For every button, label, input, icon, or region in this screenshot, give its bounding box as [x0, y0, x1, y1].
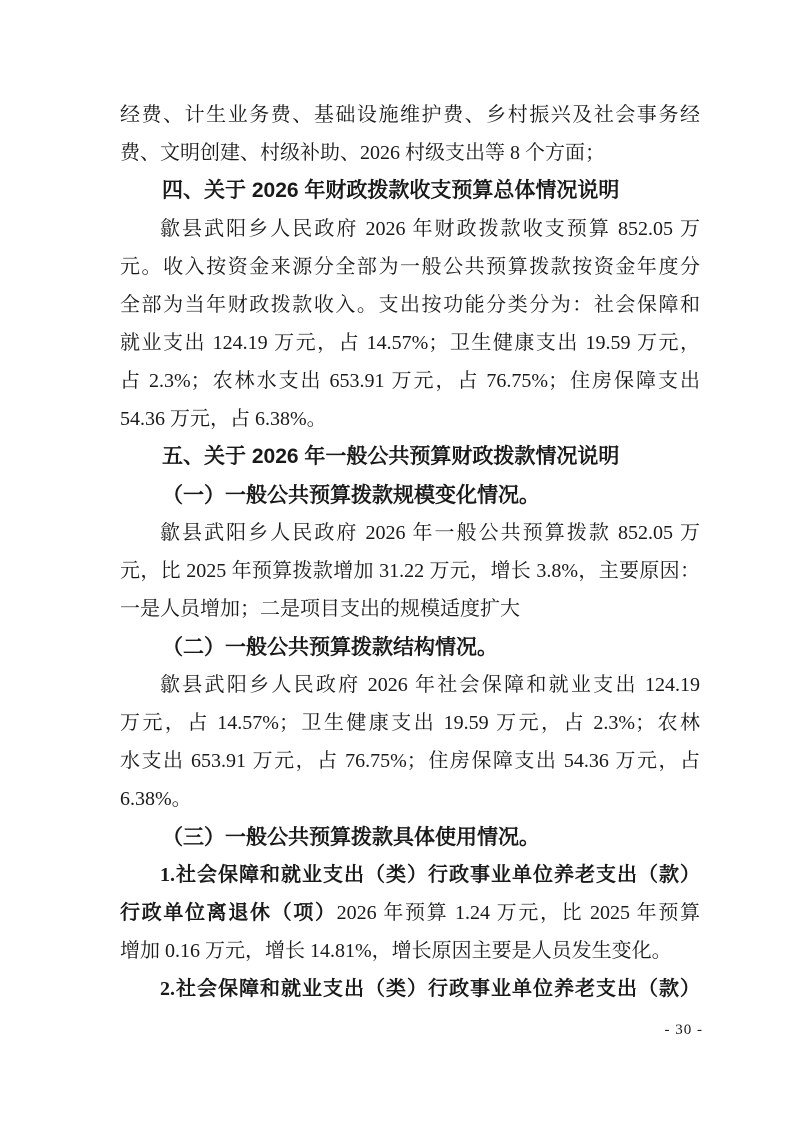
text-line: 歙县武阳乡人民政府 2026 年社会保障和就业支出 124.19 — [120, 666, 700, 704]
text-line: 行政单位离退休（项）2026 年预算 1.24 万元，比 2025 年预算 — [120, 894, 700, 932]
text-segment: 54.36 万元，占 6.38%。 — [120, 408, 327, 430]
text-segment: 歙县武阳乡人民政府 2026 年社会保障和就业支出 124.19 — [160, 674, 700, 696]
text-line: 歙县武阳乡人民政府 2026 年一般公共预算拨款 852.05 万 — [120, 514, 700, 552]
text-line: 1.社会保障和就业支出（类）行政事业单位养老支出（款） — [120, 856, 700, 894]
text-line: 6.38%。 — [120, 780, 700, 818]
text-segment: 元。收入按资金来源分全部为一般公共预算拨款按资金年度分 — [120, 256, 700, 278]
text-line: 歙县武阳乡人民政府 2026 年财政拨款收支预算 852.05 万 — [120, 210, 700, 248]
text-line: 占 2.3%；农林水支出 653.91 万元，占 76.75%；住房保障支出 — [120, 362, 700, 400]
text-line: （二）一般公共预算拨款结构情况。 — [120, 628, 700, 666]
text-segment: 经费、计生业务费、基础设施维护费、乡村振兴及社会事务经 — [120, 104, 700, 126]
text-line: 增加 0.16 万元，增长 14.81%，增长原因主要是人员发生变化。 — [120, 932, 700, 970]
text-segment: 歙县武阳乡人民政府 2026 年财政拨款收支预算 852.05 万 — [160, 218, 700, 240]
text-segment: 歙县武阳乡人民政府 2026 年一般公共预算拨款 852.05 万 — [160, 522, 700, 544]
text-line: 水支出 653.91 万元，占 76.75%；住房保障支出 54.36 万元，占 — [120, 742, 700, 780]
text-segment: 2026 年预算 1.24 万元，比 2025 年预算 — [337, 902, 700, 924]
text-line: 就业支出 124.19 万元，占 14.57%；卫生健康支出 19.59 万元， — [120, 324, 700, 362]
text-segment: 五、关于 2026 年一般公共预算财政拨款情况说明 — [162, 445, 619, 468]
text-line: 五、关于 2026 年一般公共预算财政拨款情况说明 — [120, 438, 700, 476]
text-segment: 2.社会保障和就业支出（类）行政事业单位养老支出（款） — [160, 978, 700, 1000]
text-line: 元，比 2025 年预算拨款增加 31.22 万元，增长 3.8%，主要原因： — [120, 552, 700, 590]
text-segment: （一）一般公共预算拨款规模变化情况。 — [162, 483, 540, 507]
text-segment: 6.38%。 — [120, 788, 192, 810]
text-line: 2.社会保障和就业支出（类）行政事业单位养老支出（款） — [120, 970, 700, 1008]
document-body: 经费、计生业务费、基础设施维护费、乡村振兴及社会事务经费、文明创建、村级补助、2… — [120, 96, 700, 1008]
text-segment: 全部为当年财政拨款收入。支出按功能分类分为：社会保障和 — [120, 294, 700, 316]
text-segment: 占 2.3%；农林水支出 653.91 万元，占 76.75%；住房保障支出 — [120, 370, 700, 392]
page-number: - 30 - — [665, 1022, 704, 1039]
text-line: 元。收入按资金来源分全部为一般公共预算拨款按资金年度分 — [120, 248, 700, 286]
text-segment: 万元，占 14.57%；卫生健康支出 19.59 万元，占 2.3%；农林 — [120, 712, 700, 734]
text-segment: 元，比 2025 年预算拨款增加 31.22 万元，增长 3.8%，主要原因： — [120, 560, 700, 582]
text-line: 经费、计生业务费、基础设施维护费、乡村振兴及社会事务经 — [120, 96, 700, 134]
text-line: 全部为当年财政拨款收入。支出按功能分类分为：社会保障和 — [120, 286, 700, 324]
text-line: （一）一般公共预算拨款规模变化情况。 — [120, 476, 700, 514]
text-line: 四、关于 2026 年财政拨款收支预算总体情况说明 — [120, 172, 700, 210]
text-line: 一是人员增加；二是项目支出的规模适度扩大 — [120, 590, 700, 628]
text-segment: 增加 0.16 万元，增长 14.81%，增长原因主要是人员发生变化。 — [120, 940, 672, 962]
text-line: 费、文明创建、村级补助、2026 村级支出等 8 个方面； — [120, 134, 700, 172]
text-segment: 水支出 653.91 万元，占 76.75%；住房保障支出 54.36 万元，占 — [120, 750, 700, 772]
text-segment: 一是人员增加；二是项目支出的规模适度扩大 — [120, 598, 520, 620]
text-segment: 就业支出 124.19 万元，占 14.57%；卫生健康支出 19.59 万元， — [120, 332, 700, 354]
text-line: 54.36 万元，占 6.38%。 — [120, 400, 700, 438]
text-segment: 四、关于 2026 年财政拨款收支预算总体情况说明 — [162, 179, 619, 202]
document-page: 经费、计生业务费、基础设施维护费、乡村振兴及社会事务经费、文明创建、村级补助、2… — [0, 0, 793, 1122]
text-segment: 行政单位离退休（项） — [120, 902, 337, 924]
text-segment: （二）一般公共预算拨款结构情况。 — [162, 635, 498, 659]
text-segment: 费、文明创建、村级补助、2026 村级支出等 8 个方面； — [120, 142, 605, 164]
text-line: 万元，占 14.57%；卫生健康支出 19.59 万元，占 2.3%；农林 — [120, 704, 700, 742]
text-line: （三）一般公共预算拨款具体使用情况。 — [120, 818, 700, 856]
text-segment: 1.社会保障和就业支出（类）行政事业单位养老支出（款） — [160, 864, 700, 886]
text-segment: （三）一般公共预算拨款具体使用情况。 — [162, 825, 540, 849]
